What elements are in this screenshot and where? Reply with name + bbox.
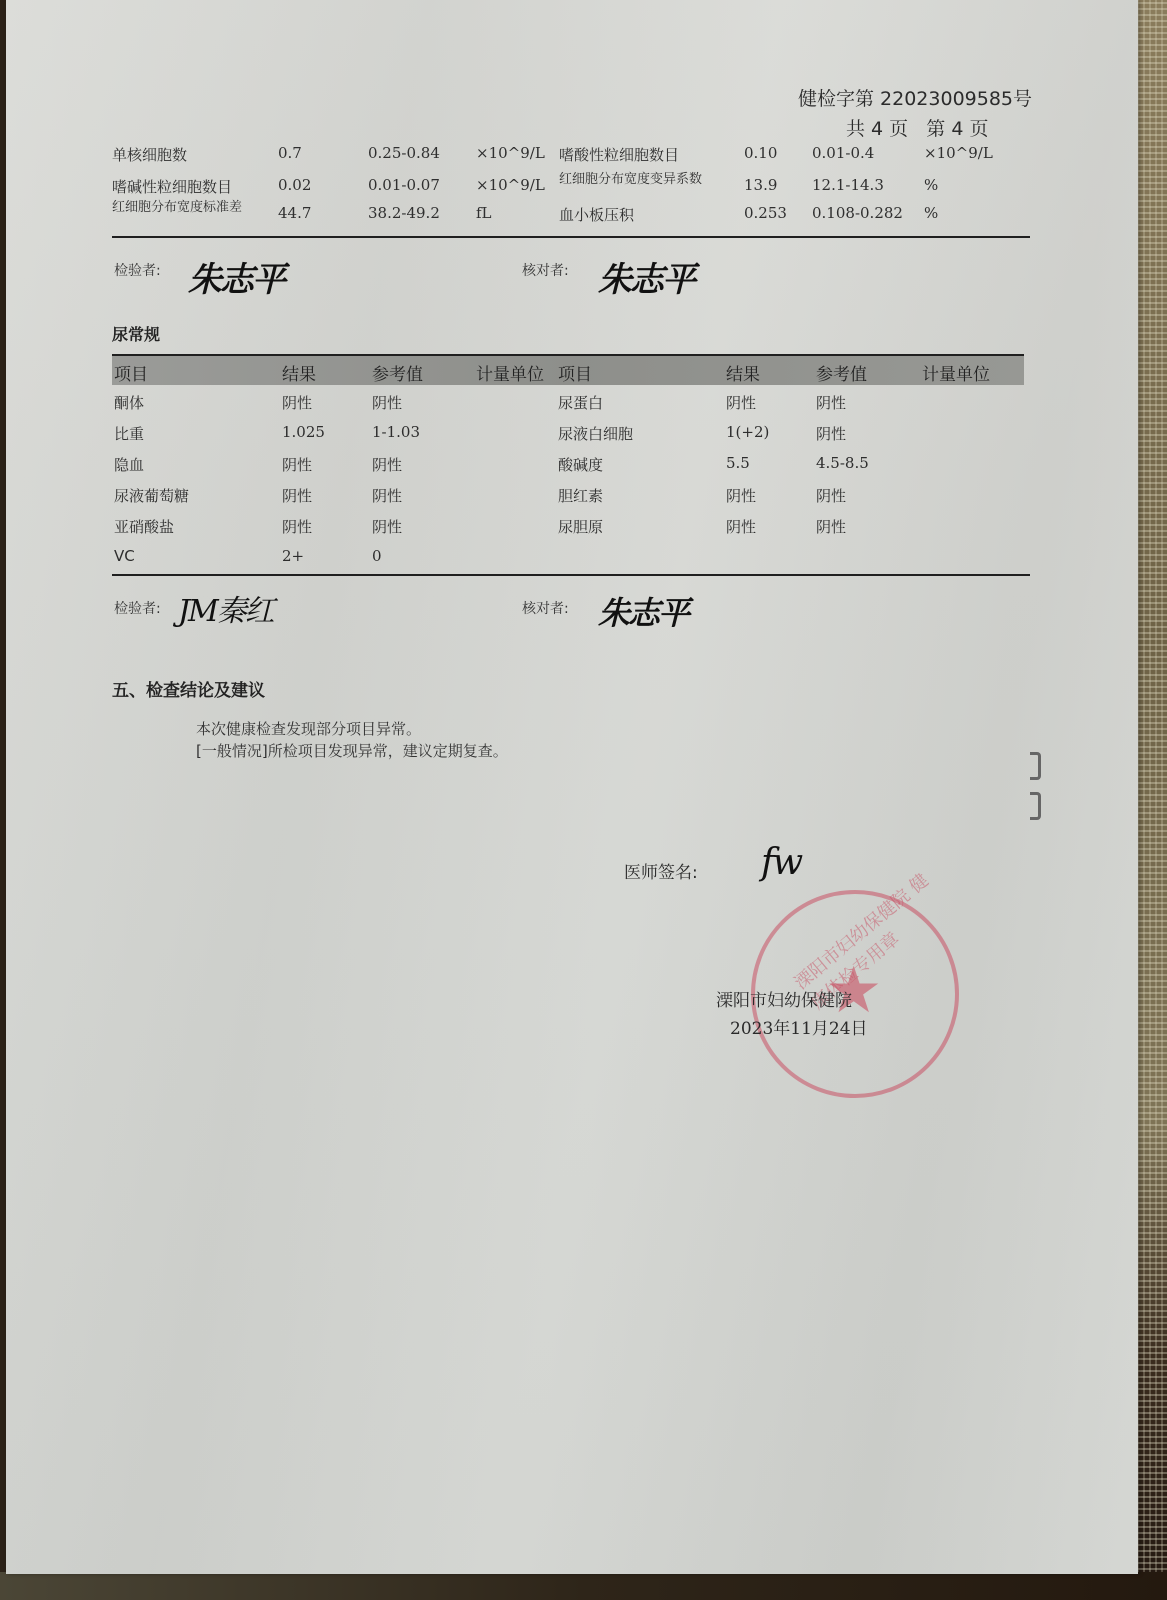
urine-inspector-label: 检验者: xyxy=(114,598,161,618)
urine-result-cell: 1(+2) xyxy=(726,423,769,441)
urine-result-cell: 阴性 xyxy=(726,516,756,537)
urine-result-cell: 阴性 xyxy=(726,485,756,506)
blood-result-cell: 0.253 xyxy=(744,204,787,222)
urine-item-cell: 尿液白细胞 xyxy=(558,423,633,444)
conclusion-title: 五、检查结论及建议 xyxy=(112,676,265,701)
conclusion-line-1: 本次健康检查发现部分项目异常。 xyxy=(196,718,421,739)
blood-unit-cell: ×10^9/L xyxy=(924,144,993,162)
urine-result-cell: 2+ xyxy=(282,547,304,565)
header-unit-2: 计量单位 xyxy=(922,360,990,385)
doctor-signature: fw xyxy=(761,842,801,883)
urine-checker-signature: 朱志平 xyxy=(598,588,688,634)
doctor-signature-label: 医师签名: xyxy=(624,858,698,883)
urine-item-cell: 酸碱度 xyxy=(558,454,603,475)
staple xyxy=(1030,792,1041,820)
urine-item-cell: 比重 xyxy=(114,423,144,444)
report-date: 2023年11月24日 xyxy=(730,1014,868,1039)
inspector-signature: 朱志平 xyxy=(188,252,284,301)
blood-result-cell: 44.7 xyxy=(278,204,311,222)
urine-reference-cell: 阴性 xyxy=(816,485,846,506)
blood-reference-cell: 38.2-49.2 xyxy=(368,204,440,222)
header-item-2: 项目 xyxy=(558,360,592,385)
blood-unit-cell: ×10^9/L xyxy=(476,176,545,194)
urine-item-cell: VC xyxy=(114,547,135,565)
urine-item-cell: 尿液葡萄糖 xyxy=(114,485,189,506)
urine-item-cell: 酮体 xyxy=(114,392,144,413)
header-result: 结果 xyxy=(282,360,316,385)
urine-section-title: 尿常规 xyxy=(112,322,160,345)
conclusion-line-2: [一般情况]所检项目发现异常，建议定期复查。 xyxy=(196,740,508,761)
blood-item-cell: 嗜酸性粒细胞数目 xyxy=(559,144,679,165)
urine-table-bottom-rule xyxy=(112,574,1030,576)
urine-reference-cell: 1-1.03 xyxy=(372,423,420,441)
report-page: 健检字第 22023009585号 共 4 页 第 4 页 单核细胞数0.70.… xyxy=(6,0,1138,1574)
urine-reference-cell: 阴性 xyxy=(372,392,402,413)
urine-reference-cell: 阴性 xyxy=(816,423,846,444)
header-reference-2: 参考值 xyxy=(816,360,867,385)
blood-unit-cell: fL xyxy=(476,204,492,222)
urine-reference-cell: 0 xyxy=(372,547,382,565)
urine-inspector-signature: JM秦红 xyxy=(178,586,273,630)
checker-signature: 朱志平 xyxy=(598,252,694,301)
background-table-edge xyxy=(0,1572,1167,1600)
urine-result-cell: 1.025 xyxy=(282,423,325,441)
blood-result-cell: 0.02 xyxy=(278,176,311,194)
urine-result-cell: 阴性 xyxy=(282,392,312,413)
checker-label: 核对者: xyxy=(522,260,569,280)
urine-item-cell: 尿蛋白 xyxy=(558,392,603,413)
urine-reference-cell: 阴性 xyxy=(372,516,402,537)
inspector-label: 检验者: xyxy=(114,260,161,280)
blood-reference-cell: 0.108-0.282 xyxy=(812,204,903,222)
urine-result-cell: 5.5 xyxy=(726,454,750,472)
blood-reference-cell: 0.25-0.84 xyxy=(368,144,440,162)
blood-unit-cell: % xyxy=(924,176,938,194)
staple xyxy=(1030,752,1041,780)
blood-item-cell: 单核细胞数 xyxy=(112,144,187,165)
urine-reference-cell: 阴性 xyxy=(372,485,402,506)
urine-result-cell: 阴性 xyxy=(282,485,312,506)
header-unit: 计量单位 xyxy=(476,360,544,385)
institution-name: 溧阳市妇幼保健院 xyxy=(716,986,852,1011)
blood-item-cell: 红细胞分布宽度变异系数 xyxy=(559,172,719,187)
blood-item-cell: 血小板压积 xyxy=(559,204,634,225)
urine-reference-cell: 4.5-8.5 xyxy=(816,454,869,472)
header-reference: 参考值 xyxy=(372,360,423,385)
urine-checker-label: 核对者: xyxy=(522,598,569,618)
urine-reference-cell: 阴性 xyxy=(816,392,846,413)
urine-table-header: 项目 结果 参考值 计量单位 项目 结果 参考值 计量单位 xyxy=(112,354,1024,385)
urine-item-cell: 胆红素 xyxy=(558,485,603,506)
urine-reference-cell: 阴性 xyxy=(816,516,846,537)
urine-item-cell: 隐血 xyxy=(114,454,144,475)
blood-unit-cell: % xyxy=(924,204,938,222)
urine-item-cell: 尿胆原 xyxy=(558,516,603,537)
table-bottom-rule xyxy=(112,236,1030,238)
urine-result-cell: 阴性 xyxy=(726,392,756,413)
blood-result-cell: 0.10 xyxy=(744,144,777,162)
blood-unit-cell: ×10^9/L xyxy=(476,144,545,162)
urine-result-cell: 阴性 xyxy=(282,516,312,537)
blood-reference-cell: 0.01-0.07 xyxy=(368,176,440,194)
blood-reference-cell: 12.1-14.3 xyxy=(812,176,884,194)
urine-result-cell: 阴性 xyxy=(282,454,312,475)
blood-item-cell: 红细胞分布宽度标准差 xyxy=(112,200,272,215)
report-number: 健检字第 22023009585号 xyxy=(798,84,1032,111)
urine-reference-cell: 阴性 xyxy=(372,454,402,475)
page-info: 共 4 页 第 4 页 xyxy=(846,114,988,141)
urine-item-cell: 亚硝酸盐 xyxy=(114,516,174,537)
blood-result-cell: 13.9 xyxy=(744,176,777,194)
blood-reference-cell: 0.01-0.4 xyxy=(812,144,874,162)
header-result-2: 结果 xyxy=(726,360,760,385)
blood-result-cell: 0.7 xyxy=(278,144,302,162)
header-item: 项目 xyxy=(114,360,148,385)
blood-item-cell: 嗜碱性粒细胞数目 xyxy=(112,176,232,197)
